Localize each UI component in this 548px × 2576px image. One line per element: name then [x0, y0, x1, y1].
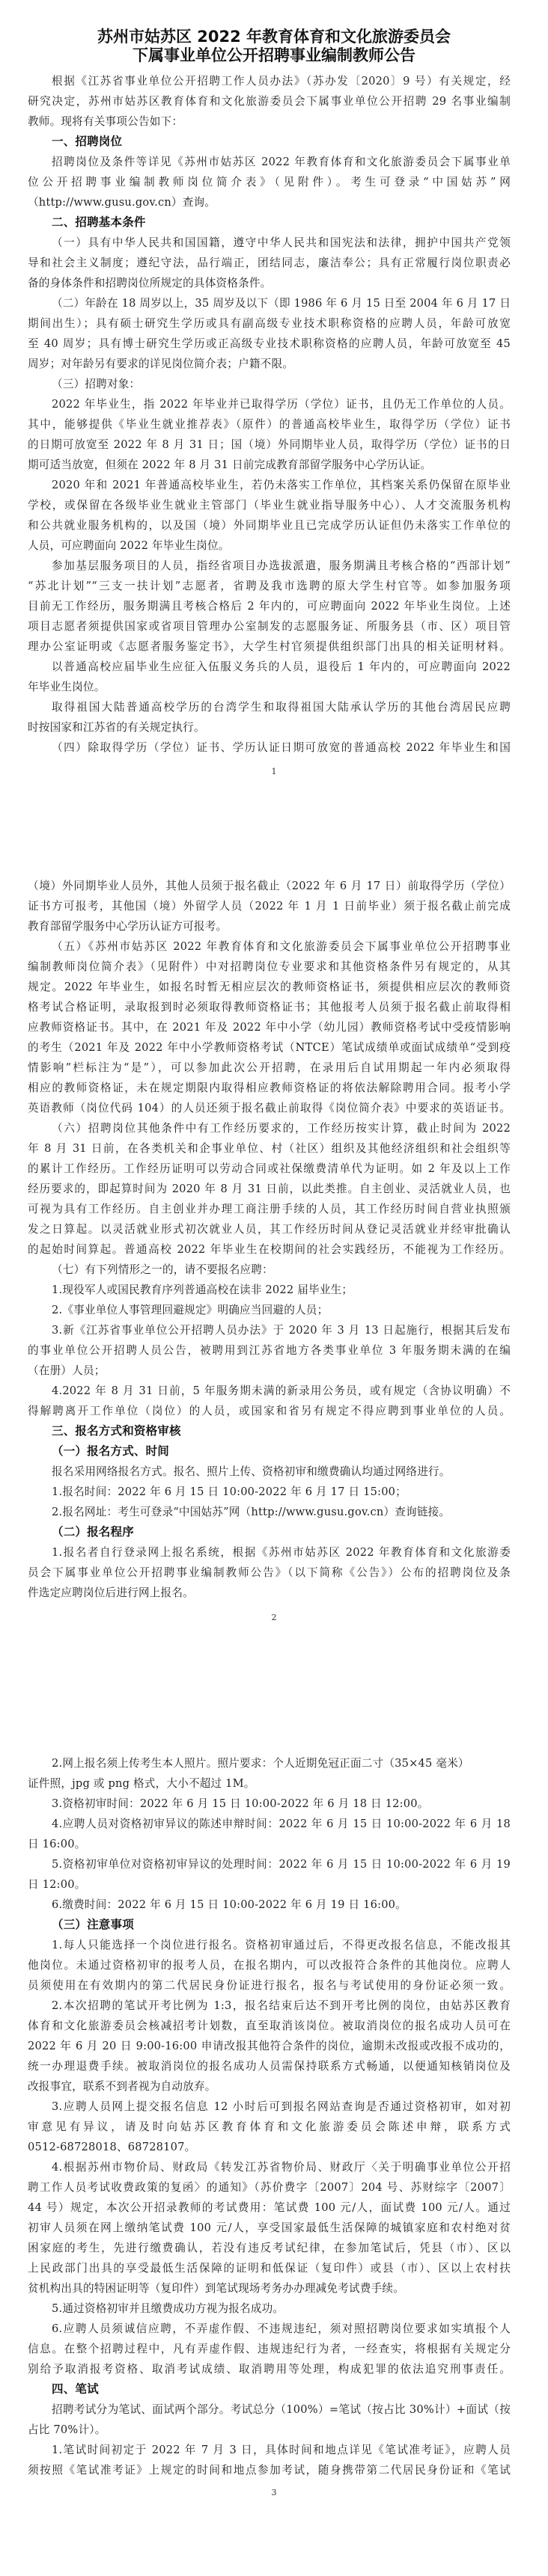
- text-line: 5.通过资格初审并且缴费成功方视为报名成功。: [28, 2299, 511, 2319]
- text-line: 审意见有异议，请及时向姑苏区教育体育和文化旅游委员会陈述申辩，联系方式: [28, 2117, 511, 2137]
- text-line: 2.本次招聘的笔试开考比例为 1:3，报名结束后达不到开考比例的岗位，由姑苏区教…: [28, 1996, 511, 2016]
- text-line: 6.应聘人员须诚信应聘，不弄虚作假、不违规违纪，须对照招聘岗位要求如实填报个人: [28, 2319, 511, 2339]
- text-line: 格考试合格证明，录取报到时必须取得教师资格证书；其他报考人员须于报名截止前取得相: [28, 997, 511, 1017]
- text-line: 备的身体条件和招聘岗位所规定的具体资格条件。: [28, 273, 511, 293]
- text-line: 参加基层服务项目的人员，指经省项目办选拔派遣，服务期满且考核合格的“西部计划”: [28, 556, 511, 576]
- text-line: 1.报名时间：2022 年 6 月 15 日 10:00-2022 年 6 月 …: [28, 1482, 511, 1502]
- text-line: 得解聘离开工作单位（岗位）的人员，或国家和省另有规定不得应聘到事业单位的人员。: [28, 1401, 511, 1421]
- text-line: 英语教师（岗位代码 104）的人员还须于报名截止前取得《岗位简介表》中要求的英语…: [28, 1098, 511, 1118]
- text-line: 报名采用网络报名方式。报名、照片上传、资格初审和缴费确认均通过网络进行。: [28, 1462, 511, 1482]
- text-line: 规定。2022 年毕业生，如报名时暂无相应层次的教师资格证书，须提供相应层次的教…: [28, 977, 511, 997]
- text-line: 的考生（2021 年及 2022 年中小学教师资格考试（NTCE）笔试成绩单或面…: [28, 1037, 511, 1058]
- text-line: 2020 年和 2021 年普通高校毕业生，若仍未落实工作单位，其档案关系仍保留…: [28, 475, 511, 495]
- page-1-body: 根据《江苏省事业单位公开招聘工作人员办法》（苏办发〔2020〕9 号）有关规定，…: [28, 71, 511, 758]
- text-line: 占比 70%计）。: [28, 2420, 511, 2440]
- document-title: 苏州市姑苏区 2022 年教育体育和文化旅游委员会 下属事业单位公开招聘事业编制…: [0, 0, 548, 65]
- text-line: 研究决定，苏州市姑苏区教育体育和文化旅游委员会下属事业单位公开招聘 29 名事业…: [28, 91, 511, 111]
- text-line: 其中，能够提供《毕业生就业推荐表》（原件）的普通高校毕业生，取得学历（学位）证书: [28, 414, 511, 435]
- text-line: 相应的教师资格证，未在规定期限内取得相应教师资格证的将依法解除聘用合同。报考小学: [28, 1078, 511, 1098]
- text-line: （三）招聘对象：: [28, 374, 511, 394]
- text-line: 1.报名者自行登录网上报名系统，根据《苏州市姑苏区 2022 年教育体育和文化旅…: [28, 1542, 511, 1563]
- text-line: 取得祖国大陆普通高校学历的台湾学生和取得祖国大陆承认学历的其他台湾居民应聘: [28, 697, 511, 717]
- text-line: （一）具有中华人民共和国国籍，遵守中华人民共和国宪法和法律，拥护中国共产党领: [28, 233, 511, 253]
- text-line: 6.缴费时间：2022 年 6 月 15 日 10:00-2022 年 6 月 …: [28, 1895, 511, 1915]
- text-line: 4.2022 年 8 月 31 日前，5 年服务期未满的新录用公务员，或有规定（…: [28, 1381, 511, 1401]
- text-line: 期间出生）；具有硕士研究生学历或具有副高级专业技术职称资格的应聘人员，年龄可放宽: [28, 313, 511, 334]
- text-line: 编制教师岗位简介表》（见附件）中对招聘岗位专业要求和其他资格条件另有规定的，从其: [28, 957, 511, 977]
- page-number: 3: [0, 2488, 548, 2497]
- text-line: 周岁；对年龄另有要求的详见岗位简介表；户籍不限。: [28, 354, 511, 374]
- text-line: 至 40 周岁；具有博士研究生学历或正高级专业技术职称资格的应聘人员，年龄可放宽…: [28, 334, 511, 354]
- text-line: 理办公室证明或《志愿者服务鉴定书》，大学生村官须提供组织部门出具的相关证明材料。: [28, 637, 511, 657]
- text-line: 时按国家和江苏省的有关规定执行。: [28, 717, 511, 737]
- text-line: 2.报名网址：考生可登录“中国姑苏”网（http://www.gusu.gov.…: [28, 1502, 511, 1522]
- text-line: 位公开招聘事业编制教师岗位简介表》（见附件）。考生可登录“中国姑苏”网: [28, 172, 511, 192]
- text-line: 的日期可放宽至 2022 年 8 月 31 日；国（境）外同期毕业人员，取得学历…: [28, 435, 511, 455]
- text-line: 3.新《江苏省事业单位公开招聘人员办法》于 2020 年 3 月 13 日起施行…: [28, 1320, 511, 1340]
- section-heading: 一、招聘岗位: [28, 132, 511, 152]
- text-line: 信息。在整个招聘过程中，凡有弄虚作假、违规违纪行为者，一经查实，将根据有关规定分: [28, 2339, 511, 2359]
- text-line: 3.应聘人员网上提交报名信息 12 小时后可到报名网站查询是否通过资格初审，如对…: [28, 2097, 511, 2117]
- text-line: 1.笔试时间初定于 2022 年 7 月 3 日，具体时间和地点详见《笔试准考证…: [28, 2440, 511, 2460]
- text-line: 1.现役军人或国民教育序列普通高校在读非 2022 届毕业生；: [28, 1280, 511, 1300]
- text-line: 日 16:00。: [28, 1834, 511, 1854]
- text-line: 年毕业生岗位。: [28, 677, 511, 697]
- text-line: 招聘岗位及条件等详见《苏州市姑苏区 2022 年教育体育和文化旅游委员会下属事业…: [28, 152, 511, 172]
- page-number: 1: [0, 767, 548, 776]
- title-line-1: 苏州市姑苏区 2022 年教育体育和文化旅游委员会: [0, 28, 548, 46]
- text-line: 他岗位。未通过资格初审的报考人员，在报名期内，可以改报符合条件的其他岗位。应聘人: [28, 1955, 511, 1975]
- page-3-body: 2.网上报名须上传考生本人照片。照片要求：个人近期免冠正面二寸（35×45 毫米…: [28, 1753, 511, 2480]
- text-line: 可视为具有工作经历。自主创业并办理工商注册手续的人员，其工作经历时间自营业执照颁: [28, 1199, 511, 1219]
- text-line: 学校，或保留在各级毕业生就业主管部门（毕业生就业指导服务中心）、人才交流服务机构: [28, 495, 511, 515]
- page-number: 2: [0, 1613, 548, 1622]
- text-line: 年 8 月 31 日前，在各类机关和企事业单位、村（社区）组织及其他经济组织和社…: [28, 1138, 511, 1159]
- section-heading: 三、报名方式和资格审核: [28, 1421, 511, 1441]
- text-line: 的起始时间算起。普通高校 2022 年毕业生在校期间的社会实践经历，不能视为工作…: [28, 1239, 511, 1260]
- text-line: （六）招聘岗位其他条件中有工作经历要求的，工作经历按实计算，截止时间为 2022: [28, 1118, 511, 1138]
- text-line: （五）《苏州市姑苏区 2022 年教育体育和文化旅游委员会下属事业单位公开招聘事…: [28, 936, 511, 957]
- text-line: 1.每人只能选择一个岗位进行报名。资格初审通过后，不得更改报名信息，不能改报其: [28, 1935, 511, 1955]
- section-heading: 四、笔试: [28, 2379, 511, 2399]
- text-line: 件选定应聘岗位后进行网上报名。: [28, 1583, 511, 1603]
- text-line: 招聘考试分为笔试、面试两个部分。考试总分（100%）=笔试（按占比 30%计）+…: [28, 2399, 511, 2420]
- page-1: 苏州市姑苏区 2022 年教育体育和文化旅游委员会 下属事业单位公开招聘事业编制…: [0, 0, 548, 65]
- text-line: 员会下属事业单位公开招聘事业编制教师公告》（以下简称《公告》）公布的招聘岗位及条: [28, 1563, 511, 1583]
- text-line: 导和社会主义制度；遵纪守法，品行端正，团结同志，廉洁奉公；具有正常履行岗位职责必: [28, 253, 511, 273]
- section-heading: （一）报名方式、时间: [28, 1441, 511, 1462]
- text-line: （四）除取得学历（学位）证书、学历认证日期可放宽的普通高校 2022 年毕业生和…: [28, 737, 511, 758]
- text-line: 证件照，jpg 或 png 格式，大小不超过 1M。: [28, 1773, 511, 1794]
- text-line: 员须使用在有效期内的第二代居民身份证进行报名，报名与考试使用的身份证必须一致。: [28, 1975, 511, 1996]
- text-line: 5.资格初审单位对资格初审异议的处理时间：2022 年 6 月 15 日 10:…: [28, 1854, 511, 1874]
- text-line: 4.根据苏州市物价局、财政局《转发江苏省物价局、财政厅〈关于明确事业单位公开招: [28, 2157, 511, 2177]
- text-line: （七）有下列情形之一的，请不要报名应聘：: [28, 1260, 511, 1280]
- text-line: 的累计工作经历。工作经历证明可以劳动合同或社保缴费清单代为证明。如 2 年及以上…: [28, 1159, 511, 1179]
- section-heading: （二）报名程序: [28, 1522, 511, 1542]
- text-line: 的事业单位公开招聘人员公告，被聘用到江苏省地方各类事业单位 3 年服务期未满的在…: [28, 1340, 511, 1361]
- text-line: 日 12:00。: [28, 1874, 511, 1895]
- title-line-2: 下属事业单位公开招聘事业编制教师公告: [0, 46, 548, 65]
- text-line: 证书方可报考，其他国（境）外留学人员（2022 年 1 月 1 日前毕业）须于报…: [28, 896, 511, 916]
- text-line: 2.网上报名须上传考生本人照片。照片要求：个人近期免冠正面二寸（35×45 毫米…: [28, 1753, 511, 1773]
- text-line: 初审人员须在网上缴纳笔试费 100 元/人，享受国家最低生活保障的城镇家庭和农村…: [28, 2218, 511, 2238]
- text-line: 须按照《笔试准考证》上规定的时间和地点参加考试，随身携带第二代居民身份证和《笔试: [28, 2460, 511, 2480]
- text-line: 44 号）规定，本次公开招录教师的考试费用：笔试费 100 元/人，面试费 10…: [28, 2198, 511, 2218]
- text-line: 目前无工作经历，服务期满且考核合格后 2 年内的，可应聘面向 2022 年毕业生…: [28, 596, 511, 616]
- text-line: 4.应聘人员对资格初审异议的陈述申辩时间：2022 年 6 月 15 日 10:…: [28, 1814, 511, 1834]
- text-line: 人员，可应聘面向 2022 年毕业生岗位。: [28, 536, 511, 556]
- page-2-body: （境）外同期毕业人员外，其他人员须于报名截止（2022 年 6 月 17 日）前…: [28, 876, 511, 1603]
- text-line: 根据《江苏省事业单位公开招聘工作人员办法》（苏办发〔2020〕9 号）有关规定，…: [28, 71, 511, 91]
- text-line: 2022 年毕业生，指 2022 年毕业并已取得学历（学位）证书，且仍无工作单位…: [28, 394, 511, 414]
- text-line: 发之日算起。以灵活就业形式初次就业人员，其工作经历时间从登记灵活就业并经审批确认: [28, 1219, 511, 1239]
- text-line: 2.《事业单位人事管理回避规定》明确应当回避的人员；: [28, 1300, 511, 1320]
- text-line: 和公共就业服务机构的，以及国（境）外同期毕业且已完成学历认证但仍未落实工作单位的: [28, 515, 511, 536]
- text-line: （http://www.gusu.gov.cn）查询。: [28, 192, 511, 212]
- text-line: 聘工作人员考试收费政策的复函〉的通知》（苏价费字〔2007〕204 号、苏财综字…: [28, 2177, 511, 2198]
- text-line: 2022 年 6 月 20 日 9:00-16:00 申请改报其他符合条件的岗位…: [28, 2036, 511, 2056]
- text-line: 改报事宜，联系不到者视为自动放弃。: [28, 2076, 511, 2097]
- text-line: 项目志愿者须提供国家或省项目管理办公室制发的志愿服务证、所服务县（市、区）项目管: [28, 616, 511, 637]
- text-line: 情影响”栏标注为“是”），可以参加此次公开招聘，在录用后自试用期起一年内必须取得: [28, 1058, 511, 1078]
- text-line: 3.资格初审时间：2022 年 6 月 15 日 10:00-2022 年 6 …: [28, 1794, 511, 1814]
- text-line: 贫机构出具的特困证明等（复印件）到笔试现场考务办办理减免考试费手续。: [28, 2278, 511, 2299]
- text-line: 0512-68728018、68728107。: [28, 2137, 511, 2157]
- text-line: 经历要求的，即起算时间为 2020 年 8 月 31 日前，以此类推。自主创业、…: [28, 1179, 511, 1199]
- text-line: 教育部留学服务中心学历认证方可报考。: [28, 916, 511, 936]
- text-line: 上民政部门出具的享受最低生活保障的证明和低保证（复印件）或县（市）、区以上农村扶: [28, 2258, 511, 2278]
- text-line: 统一办理退费手续。被取消岗位的报名成功人员需保持联系方式畅通，以便通知核销岗位及: [28, 2056, 511, 2076]
- text-line: 困家庭的考生，先进行缴费确认，若没有违反考试纪律，在参加笔试后，凭县（市）、区以: [28, 2238, 511, 2258]
- text-line: 期可适当放宽，但须在 2022 年 8 月 31 日前完成教育部留学服务中心学历…: [28, 455, 511, 475]
- text-line: 以普通高校应届毕业生应征入伍服义务兵的人员，退役后 1 年内的，可应聘面向 20…: [28, 657, 511, 677]
- text-line: 教师。现将有关事项公告如下：: [28, 111, 511, 132]
- text-line: （二）年龄在 18 周岁以上，35 周岁及以下（即 1986 年 6 月 15 …: [28, 293, 511, 313]
- text-line: 应教师资格证书。其中，在 2021 年及 2022 年中小学（幼儿园）教师资格考…: [28, 1017, 511, 1037]
- text-line: 别给予取消报考资格、取消考试成绩、取消聘用等处理，构成犯罪的依法追究刑事责任。: [28, 2359, 511, 2379]
- text-line: “苏北计划”“三支一扶计划”志愿者，省聘及我市选聘的原大学生村官等。如参加服务项: [28, 576, 511, 596]
- section-heading: （三）注意事项: [28, 1915, 511, 1935]
- section-heading: 二、招聘基本条件: [28, 212, 511, 233]
- text-line: （境）外同期毕业人员外，其他人员须于报名截止（2022 年 6 月 17 日）前…: [28, 876, 511, 896]
- text-line: （在册）人员；: [28, 1361, 511, 1381]
- text-line: 体育和文化旅游委员会核减招考计划数，直至取消该岗位。被取消岗位的报名成功人员可在: [28, 2016, 511, 2036]
